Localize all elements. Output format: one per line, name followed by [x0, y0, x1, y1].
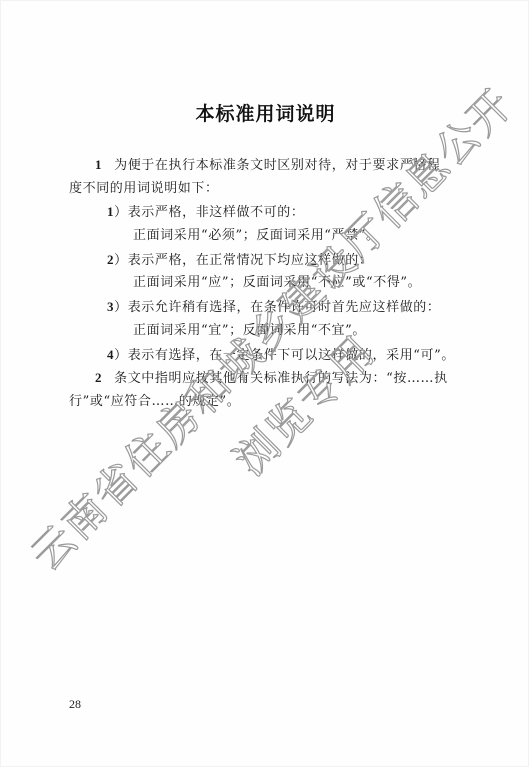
- page-number: 28: [69, 697, 81, 712]
- clause-2-line-1: 2条文中指明应按其他有关标准执行的写法为：“按……执: [69, 366, 465, 390]
- document-page: 本标准用词说明 1为便于在执行本标准条文时区别对待，对于要求严格程 度不同的用词…: [0, 0, 529, 767]
- clause-text: 条文中指明应按其他有关标准执行的写法为：“按……执: [114, 371, 448, 386]
- clause-1-line-2: 度不同的用词说明如下：: [69, 177, 465, 201]
- clause-1-line-1: 1为便于在执行本标准条文时区别对待，对于要求严格程: [69, 153, 465, 177]
- clause-text: 度不同的用词说明如下：: [69, 181, 219, 196]
- item-3-detail: 正面词采用“宜”；反面词采用“不宜”。: [69, 319, 465, 343]
- clause-number: 2: [95, 370, 102, 385]
- item-label: ）表示允许稍有选择，在条件许可时首先应这样做的：: [114, 300, 440, 315]
- clause-number: 1: [95, 157, 102, 172]
- item-1: 1）表示严格，非这样做不可的：: [69, 200, 465, 224]
- item-label: ）表示有选择，在一定条件下可以这样做的，采用“可”。: [114, 348, 455, 363]
- clause-text: 为便于在执行本标准条文时区别对待，对于要求严格程: [114, 158, 440, 173]
- clause-text: 行”或“应符合……的规定”。: [69, 394, 240, 409]
- item-label: ）表示严格，在正常情况下均应这样做的：: [114, 253, 372, 268]
- page-title: 本标准用词说明: [1, 99, 529, 126]
- document-body: 1为便于在执行本标准条文时区别对待，对于要求严格程 度不同的用词说明如下： 1）…: [69, 153, 465, 414]
- item-2: 2）表示严格，在正常情况下均应这样做的：: [69, 248, 465, 272]
- clause-2-line-2: 行”或“应符合……的规定”。: [69, 390, 465, 414]
- item-1-detail: 正面词采用“必须”；反面词采用“严禁”。: [69, 224, 465, 248]
- item-label: ）表示严格，非这样做不可的：: [114, 205, 304, 220]
- item-3: 3）表示允许稍有选择，在条件许可时首先应这样做的：: [69, 295, 465, 319]
- item-2-detail: 正面词采用“应”；反面词采用“不应”或“不得”。: [69, 271, 465, 295]
- item-4: 4）表示有选择，在一定条件下可以这样做的，采用“可”。: [69, 343, 465, 367]
